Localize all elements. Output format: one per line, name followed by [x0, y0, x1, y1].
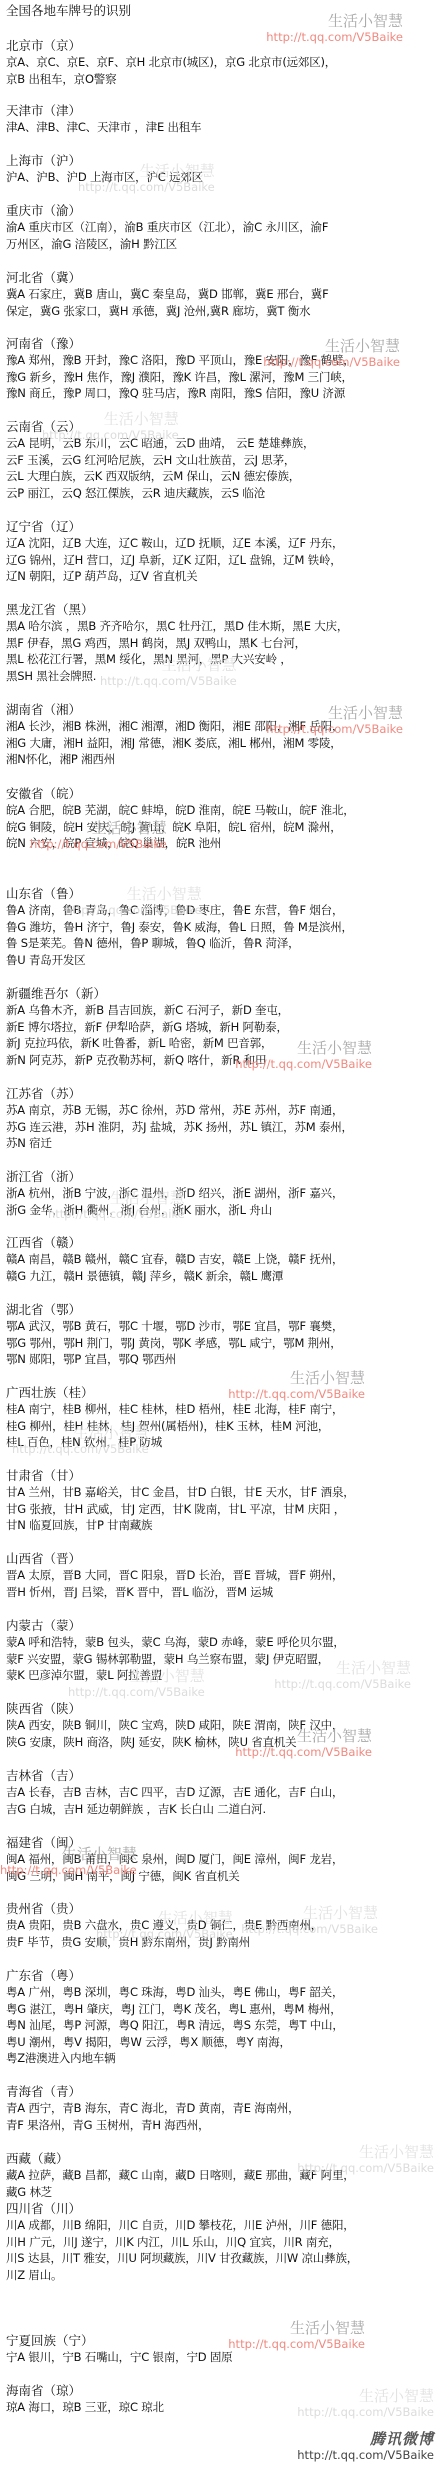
province-heading: 浙江省（浙） [6, 1169, 426, 1185]
plate-code-line: 晋A 太原，晋B 大同，晋C 阳泉，晋D 长治，晋E 晋城，晋F 朔州， [6, 1567, 426, 1584]
province-heading: 甘肃省（甘） [6, 1468, 426, 1484]
plate-code-line: 浙G 金华，浙H 衢州，浙J 台州，浙K 丽水，浙L 舟山 [6, 1202, 426, 1219]
province-heading: 上海市（沪） [6, 153, 426, 169]
plate-code-line: 蒙A 呼和浩特，蒙B 包头，蒙C 乌海，蒙D 赤峰，蒙E 呼伦贝尔盟， [6, 1634, 426, 1651]
plate-code-line: 万州区，渝G 涪陵区，渝H 黔江区 [6, 236, 426, 253]
plate-code-line: 苏N 宿迁 [6, 1135, 426, 1152]
plate-code-line: 津A、津B、津C、天津市 ，津E 出租车 [6, 119, 426, 136]
province-section: 重庆市（渝）渝A 重庆市区（江南），渝B 重庆市区（江北），渝C 永川区，渝F万… [6, 203, 426, 252]
plate-code-line: 蒙K 巴彦淖尔盟，蒙L 阿拉善盟 [6, 1667, 426, 1684]
plate-code-line: 闽G 三明，闽H 南平，闽J 宁德，闽K 省直机关 [6, 1868, 426, 1885]
plate-code-line: 云P 丽江，云Q 怒江傈族，云R 迪庆藏族，云S 临沧 [6, 485, 426, 502]
province-heading: 北京市（京） [6, 38, 426, 54]
plate-code-line: 云L 大理白族，云K 西双版纳，云M 保山，云N 德宏傣族， [6, 468, 426, 485]
province-heading: 贵州省（贵） [6, 1901, 426, 1917]
footer-brand: 腾讯微博 http://t.qq.com/V5Baike [297, 2431, 434, 2462]
plate-code-line: 新J 克拉玛依，新K 吐鲁番，新L 哈密，新M 巴音郭， [6, 1035, 426, 1052]
province-heading: 福建省（闽） [6, 1835, 426, 1851]
plate-code-line: 赣G 九江，赣H 景德镇，赣J 萍乡，赣K 新余，赣L 鹰潭 [6, 1268, 426, 1285]
plate-code-line: 湘N怀化，湘P 湘西州 [6, 751, 426, 768]
plate-code-line: 湘G 大庸，湘H 益阳，湘J 常德，湘K 娄底，湘L 郴州，湘M 零陵， [6, 735, 426, 752]
province-section: 海南省（琼）琼A 海口，琼B 三亚，琼C 琼北 [6, 2383, 426, 2416]
plate-code-line: 甘G 张掖，甘H 武威，甘J 定西，甘K 陇南，甘L 平凉，甘M 庆阳 ， [6, 1501, 426, 1518]
plate-code-line: 桂G 柳州，桂H 桂林，桂J 贺州(属梧州)，桂K 玉林，桂M 河池， [6, 1418, 426, 1435]
plate-code-line: 豫G 新乡，豫H 焦作，豫J 濮阳，豫K 许昌，豫L 漯河，豫M 三门峡， [6, 369, 426, 386]
province-section: 湖北省（鄂）鄂A 武汉，鄂B 黄石，鄂C 十堰，鄂D 沙市，鄂E 宜昌，鄂F 襄… [6, 1302, 426, 1368]
province-heading: 江苏省（苏） [6, 1086, 426, 1102]
province-section: 黑龙江省（黑）黑A 哈尔滨 ，黑B 齐齐哈尔，黑C 牡丹江，黑D 佳木斯，黑E … [6, 602, 426, 684]
plate-code-line: 皖G 铜陵，皖H 安庆，皖J 黄山，皖K 阜阳，皖L 宿州，皖M 滁州， [6, 819, 426, 836]
province-heading: 河北省（冀） [6, 270, 426, 286]
watermark-name: 生活小智慧 [266, 13, 403, 30]
province-heading: 辽宁省（辽） [6, 519, 426, 535]
province-section: 浙江省（浙）浙A 杭州，浙B 宁波，浙C 温州，浙D 绍兴，浙E 湖州，浙F 嘉… [6, 1169, 426, 1218]
plate-code-line: 川S 达县，川T 雅安，川U 阿坝藏族，川V 甘孜藏族，川W 凉山彝族， [6, 2250, 426, 2267]
province-section: 广西壮族（桂）桂A 南宁，桂B 柳州，桂C 桂林，桂D 梧州，桂E 北海，桂F … [6, 1385, 426, 1451]
province-heading: 宁夏回族（宁） [6, 2333, 426, 2349]
plate-code-line: 鄂N 郧阳，鄂P 宜昌，鄂Q 鄂西州 [6, 1351, 426, 1368]
plate-code-line: 云A 昆明，云B 东川，云C 昭通，云D 曲靖， 云E 楚雄彝族， [6, 435, 426, 452]
province-heading: 四川省（川） [6, 2201, 426, 2217]
plate-code-line: 藏G 林芝 [6, 2184, 426, 2201]
plate-code-line: 琼A 海口，琼B 三亚，琼C 琼北 [6, 2399, 426, 2416]
plate-code-line: 渝A 重庆市区（江南），渝B 重庆市区（江北），渝C 永川区，渝F [6, 219, 426, 236]
plate-code-line: 京A、京C、京E、京F、京H 北京市(城区)，京G 北京市(远郊区)， [6, 54, 426, 71]
province-section: 宁夏回族（宁）宁A 银川，宁B 石嘴山，宁C 银南，宁D 固原 [6, 2333, 426, 2366]
province-section: 河南省（豫）豫A 郑州，豫B 开封，豫C 洛阳，豫D 平顶山，豫E 安阳，豫F … [6, 336, 426, 402]
province-heading: 湖北省（鄂） [6, 1302, 426, 1318]
plate-code-line: 晋H 忻州，晋J 吕梁，晋K 晋中，晋L 临汾，晋M 运城 [6, 1584, 426, 1601]
plate-code-line: 保定，冀G 张家口，冀H 承德，冀J 沧州,冀R 廊坊，冀T 衡水 [6, 303, 426, 320]
plate-code-line: 陕A 西安，陕B 铜川，陕C 宝鸡，陕D 咸阳，陕E 渭南，陕F 汉中， [6, 1717, 426, 1734]
plate-code-line: 鲁A 济南，鲁B 青岛，鲁C 淄博，鲁D 枣庄，鲁E 东营，鲁F 烟台， [6, 902, 426, 919]
plate-code-line: 粤Z港澳进入内地车辆 [6, 2050, 426, 2067]
plate-code-line: 黑F 伊春，黑G 鸡西，黑H 鹤岗，黑J 双鸭山，黑K 七台河， [6, 635, 426, 652]
plate-code-line: 云F 玉溪，云G 红河哈尼族，云H 文山壮族苗，云J 思茅， [6, 452, 426, 469]
plate-code-line: 桂A 南宁，桂B 柳州，桂C 桂林，桂D 梧州，桂E 北海，桂F 南宁， [6, 1401, 426, 1418]
province-section: 内蒙古（蒙）蒙A 呼和浩特，蒙B 包头，蒙C 乌海，蒙D 赤峰，蒙E 呼伦贝尔盟… [6, 1618, 426, 1684]
province-heading: 河南省（豫） [6, 336, 426, 352]
province-heading: 西藏（藏） [6, 2151, 426, 2167]
province-section: 北京市（京）京A、京C、京E、京F、京H 北京市(城区)，京G 北京市(远郊区)… [6, 38, 426, 87]
plate-code-line: 湘A 长沙，湘B 株洲，湘C 湘潭，湘D 衡阳，湘E 邵阳，湘F 岳阳， [6, 718, 426, 735]
footer-brand-url: http://t.qq.com/V5Baike [297, 2448, 434, 2462]
plate-code-line: 贵F 毕节，贵G 安顺，贵H 黔东南州，贵J 黔南州 [6, 1934, 426, 1951]
province-heading: 湖南省（湘） [6, 702, 426, 718]
plate-code-line: 冀A 石家庄，冀B 唐山，冀C 秦皇岛，冀D 邯郸，冀E 邢台，冀F [6, 286, 426, 303]
plate-code-line: 京B 出租车，京O警察 [6, 71, 426, 88]
plate-code-line: 新N 阿克苏，新P 克孜勒苏柯，新Q 喀什，新R 和田 [6, 1052, 426, 1069]
province-heading: 内蒙古（蒙） [6, 1618, 426, 1634]
province-section: 吉林省（吉）吉A 长春，吉B 吉林，吉C 四平，吉D 辽源，吉E 通化，吉F 白… [6, 1768, 426, 1817]
plate-code-line: 新E 博尔塔拉，新F 伊犁哈萨，新G 塔城，新H 阿勒泰， [6, 1019, 426, 1036]
plate-code-line: 吉A 长春，吉B 吉林，吉C 四平，吉D 辽源，吉E 通化，吉F 白山， [6, 1784, 426, 1801]
plate-code-line: 赣A 南昌，赣B 赣州，赣C 宜春，赣D 吉安，赣E 上饶，赣F 抚州， [6, 1251, 426, 1268]
province-heading: 青海省（青） [6, 2084, 426, 2100]
plate-code-line: 藏A 拉萨，藏B 昌都，藏C 山南，藏D 日喀则，藏E 那曲，藏F 阿里， [6, 2167, 426, 2184]
province-heading: 江西省（赣） [6, 1235, 426, 1251]
plate-code-line: 苏A 南京，苏B 无锡，苏C 徐州，苏D 常州，苏E 苏州，苏F 南通， [6, 1102, 426, 1119]
plate-code-line: 皖N 六安，皖P 宣城，皖Q 巢湖，皖R 池州 [6, 835, 426, 852]
province-section: 青海省（青）青A 西宁，青B 海东，青C 海北，青D 黄南，青E 海南州，青F … [6, 2084, 426, 2133]
province-heading: 天津市（津） [6, 103, 426, 119]
plate-code-line: 桂L 百色，桂N 钦州，桂P 防城 [6, 1434, 426, 1451]
province-section: 天津市（津）津A、津B、津C、天津市 ，津E 出租车 [6, 103, 426, 136]
province-heading: 黑龙江省（黑） [6, 602, 426, 618]
plate-code-line: 辽A 沈阳，辽B 大连，辽C 鞍山，辽D 抚顺，辽E 本溪，辽F 丹东， [6, 535, 426, 552]
province-section: 西藏（藏）藏A 拉萨，藏B 昌都，藏C 山南，藏D 日喀则，藏E 那曲，藏F 阿… [6, 2151, 426, 2200]
province-section: 山西省（晋）晋A 太原，晋B 大同，晋C 阳泉，晋D 长治，晋E 晋城，晋F 朔… [6, 1551, 426, 1600]
province-heading: 陕西省（陕） [6, 1701, 426, 1717]
plate-code-line: 浙A 杭州，浙B 宁波，浙C 温州，浙D 绍兴，浙E 湖州，浙F 嘉兴， [6, 1185, 426, 1202]
province-heading: 安徽省（皖） [6, 786, 426, 802]
province-section: 湖南省（湘）湘A 长沙，湘B 株洲，湘C 湘潭，湘D 衡阳，湘E 邵阳，湘F 岳… [6, 702, 426, 768]
plate-code-line: 粤N 汕尾，粤P 河源，粤Q 阳江，粤R 清远，粤S 东莞，粤T 中山， [6, 2017, 426, 2034]
plate-code-line: 川H 广元，川J 遂宁，川K 内江，川L 乐山，川Q 宜宾，川R 南充， [6, 2234, 426, 2251]
province-heading: 云南省（云） [6, 419, 426, 435]
footer-brand-name: 腾讯微博 [297, 2431, 434, 2448]
plate-code-line: 沪A、沪B、沪D 上海市区，沪C 远郊区 [6, 169, 426, 186]
plate-code-line: 豫N 商丘，豫P 周口，豫Q 驻马店，豫R 南阳，豫S 信阳，豫U 济源 [6, 385, 426, 402]
plate-code-line: 青F 果洛州，青G 玉树州，青H 海西州， [6, 2117, 426, 2134]
province-section: 福建省（闽）闽A 福州，闽B 莆田，闽C 泉州，闽D 厦门，闽E 漳州，闽F 龙… [6, 1835, 426, 1884]
plate-code-line: 宁A 银川，宁B 石嘴山，宁C 银南，宁D 固原 [6, 2349, 426, 2366]
province-section: 四川省（川）川A 成都，川B 绵阳，川C 自贡，川D 攀枝花，川E 泸州，川F … [6, 2201, 426, 2283]
province-section: 山东省（鲁）鲁A 济南，鲁B 青岛，鲁C 淄博，鲁D 枣庄，鲁E 东营，鲁F 烟… [6, 886, 426, 968]
plate-code-line: 闽A 福州，闽B 莆田，闽C 泉州，闽D 厦门，闽E 漳州，闽F 龙岩， [6, 1851, 426, 1868]
plate-code-line: 黑SH 黑社会牌照. [6, 668, 426, 685]
province-section: 陕西省（陕）陕A 西安，陕B 铜川，陕C 宝鸡，陕D 咸阳，陕E 渭南，陕F 汉… [6, 1701, 426, 1750]
province-heading: 海南省（琼） [6, 2383, 426, 2399]
province-section: 甘肃省（甘）甘A 兰州，甘B 嘉峪关，甘C 金昌，甘D 白银，甘E 天水，甘F … [6, 1468, 426, 1534]
province-heading: 山东省（鲁） [6, 886, 426, 902]
plate-code-line: 川Z 眉山。 [6, 2267, 426, 2284]
plate-code-line: 甘A 兰州，甘B 嘉峪关，甘C 金昌，甘D 白银，甘E 天水，甘F 酒泉， [6, 1484, 426, 1501]
plate-code-line: 贵A 贵阳，贵B 六盘水，贵C 遵义，贵D 铜仁，贵E 黔西南州， [6, 1917, 426, 1934]
province-section: 云南省（云）云A 昆明，云B 东川，云C 昭通，云D 曲靖， 云E 楚雄彝族，云… [6, 419, 426, 501]
plate-code-line: 新A 乌鲁木齐，新B 昌吉回族，新C 石河子，新D 奎屯， [6, 1002, 426, 1019]
page-title: 全国各地车牌号的识别 [6, 3, 131, 19]
province-section: 贵州省（贵）贵A 贵阳，贵B 六盘水，贵C 遵义，贵D 铜仁，贵E 黔西南州，贵… [6, 1901, 426, 1950]
plate-code-line: 川A 成都，川B 绵阳，川C 自贡，川D 攀枝花，川E 泸州，川F 德阳， [6, 2217, 426, 2234]
plate-code-line: 黑A 哈尔滨 ，黑B 齐齐哈尔，黑C 牡丹江，黑D 佳木斯，黑E 大庆， [6, 618, 426, 635]
plate-code-line: 苏G 连云港，苏H 淮阴，苏J 盐城，苏K 扬州，苏L 镇江，苏M 泰州， [6, 1119, 426, 1136]
province-section: 上海市（沪）沪A、沪B、沪D 上海市区，沪C 远郊区 [6, 153, 426, 186]
plate-code-line: 粤A 广州，粤B 深圳，粤C 珠海，粤D 汕头，粤E 佛山，粤F 韶关， [6, 1984, 426, 2001]
plate-code-line: 鲁U 青岛开发区 [6, 952, 426, 969]
province-heading: 广东省（粤） [6, 1968, 426, 1984]
plate-code-line: 黑L 松花江行署，黑M 绥化，黑N 黑河，黑P 大兴安岭 ， [6, 651, 426, 668]
province-section: 江苏省（苏）苏A 南京，苏B 无锡，苏C 徐州，苏D 常州，苏E 苏州，苏F 南… [6, 1086, 426, 1152]
plate-code-line: 辽N 朝阳，辽P 葫芦岛，辽V 省直机关 [6, 568, 426, 585]
province-section: 辽宁省（辽）辽A 沈阳，辽B 大连，辽C 鞍山，辽D 抚顺，辽E 本溪，辽F 丹… [6, 519, 426, 585]
plate-code-line: 青A 西宁，青B 海东，青C 海北，青D 黄南，青E 海南州， [6, 2100, 426, 2117]
plate-code-line: 陕G 安康，陕H 商洛，陕J 延安，陕K 榆林，陕U 省直机关 [6, 1734, 426, 1751]
province-heading: 新疆维吾尔（新） [6, 986, 426, 1002]
plate-code-line: 鄂G 鄂州，鄂H 荆门，鄂J 黄岗，鄂K 孝感，鄂L 咸宁，鄂M 荆州， [6, 1335, 426, 1352]
province-section: 江西省（赣）赣A 南昌，赣B 赣州，赣C 宜春，赣D 吉安，赣E 上饶，赣F 抚… [6, 1235, 426, 1284]
plate-code-line: 辽G 锦州，辽H 营口，辽J 阜新，辽K 辽阳，辽L 盘锦，辽M 铁岭， [6, 552, 426, 569]
plate-code-line: 粤G 湛江，粤H 肇庆，粤J 江门，粤K 茂名，粤L 惠州，粤M 梅州， [6, 2001, 426, 2018]
province-section: 安徽省（皖）皖A 合肥，皖B 芜湖，皖C 蚌埠，皖D 淮南，皖E 马鞍山，皖F … [6, 786, 426, 852]
plate-code-line: 鲁 S是莱芜。鲁N 德州，鲁P 聊城，鲁Q 临沂，鲁R 菏泽， [6, 935, 426, 952]
province-heading: 山西省（晋） [6, 1551, 426, 1567]
province-section: 广东省（粤）粤A 广州，粤B 深圳，粤C 珠海，粤D 汕头，粤E 佛山，粤F 韶… [6, 1968, 426, 2067]
plate-code-line: 鲁G 潍坊，鲁H 济宁，鲁J 泰安，鲁K 威海，鲁L 日照，鲁 M是滨州， [6, 919, 426, 936]
province-section: 河北省（冀）冀A 石家庄，冀B 唐山，冀C 秦皇岛，冀D 邯郸，冀E 邢台，冀F… [6, 270, 426, 319]
province-section: 新疆维吾尔（新）新A 乌鲁木齐，新B 昌吉回族，新C 石河子，新D 奎屯，新E … [6, 986, 426, 1068]
plate-code-line: 豫A 郑州，豫B 开封，豫C 洛阳，豫D 平顶山，豫E 安阳，豫F 鹤壁， [6, 352, 426, 369]
plate-code-line: 蒙F 兴安盟，蒙G 锡林郭勒盟，蒙H 乌兰察布盟，蒙J 伊克昭盟， [6, 1651, 426, 1668]
province-heading: 重庆市（渝） [6, 203, 426, 219]
plate-code-line: 鄂A 武汉，鄂B 黄石，鄂C 十堰，鄂D 沙市，鄂E 宜昌，鄂F 襄樊， [6, 1318, 426, 1335]
plate-code-line: 吉G 白城，吉H 延边朝鲜族 ，吉K 长白山 二道白河. [6, 1801, 426, 1818]
province-heading: 吉林省（吉） [6, 1768, 426, 1784]
plate-code-line: 粤U 潮州，粤V 揭阳，粤W 云浮，粤X 顺德，粤Y 南海， [6, 2034, 426, 2051]
plate-code-line: 甘N 临夏回族，甘P 甘南藏族 [6, 1517, 426, 1534]
plate-code-line: 皖A 合肥，皖B 芜湖，皖C 蚌埠，皖D 淮南，皖E 马鞍山，皖F 淮北， [6, 802, 426, 819]
province-heading: 广西壮族（桂） [6, 1385, 426, 1401]
